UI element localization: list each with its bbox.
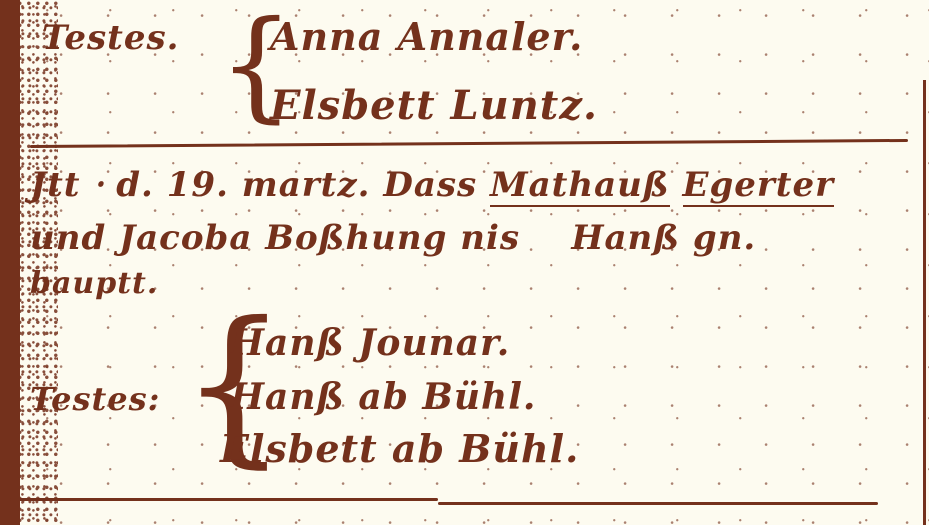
- entry-line-3: bauptt.: [30, 266, 158, 301]
- entry-conj: und: [30, 218, 106, 258]
- entry-date: 19. martz.: [167, 165, 371, 205]
- place-name: Hanß gn.: [571, 218, 756, 258]
- entry-divider: [10, 498, 438, 501]
- witness-name: Elsbett Luntz.: [270, 82, 598, 129]
- groom-surname: Egerter: [683, 165, 834, 207]
- groom-name: Mathauß: [490, 165, 670, 207]
- entry-line-2: und Jacoba Boßhung nis Hanß gn.: [30, 218, 756, 258]
- testes-label-2: Testes:: [30, 380, 160, 418]
- witness-name: Anna Annaler.: [270, 14, 583, 59]
- bride-name: Jacoba Boßhung: [119, 218, 447, 258]
- testes-label-1: Testes.: [42, 18, 180, 58]
- entry-divider: [438, 502, 878, 505]
- witness-name: Elsbett ab Bühl.: [220, 426, 579, 471]
- entry-prefix: Jtt ⸱ d.: [30, 165, 154, 205]
- document-page: Testes. { Anna Annaler. Elsbett Luntz. J…: [0, 0, 929, 525]
- entry-divider: [30, 139, 908, 148]
- from-word: nis: [460, 218, 520, 258]
- witness-name: Hanß Jounar.: [230, 322, 510, 364]
- scan-right-edge: [923, 80, 926, 525]
- scan-noise: [18, 0, 58, 525]
- witness-name: Hanß ab Bühl.: [230, 376, 536, 418]
- scan-left-edge: [0, 0, 20, 525]
- entry-line-1: Jtt ⸱ d. 19. martz. Dass Mathauß Egerter: [30, 160, 834, 206]
- entry-verb: Dass: [383, 165, 477, 205]
